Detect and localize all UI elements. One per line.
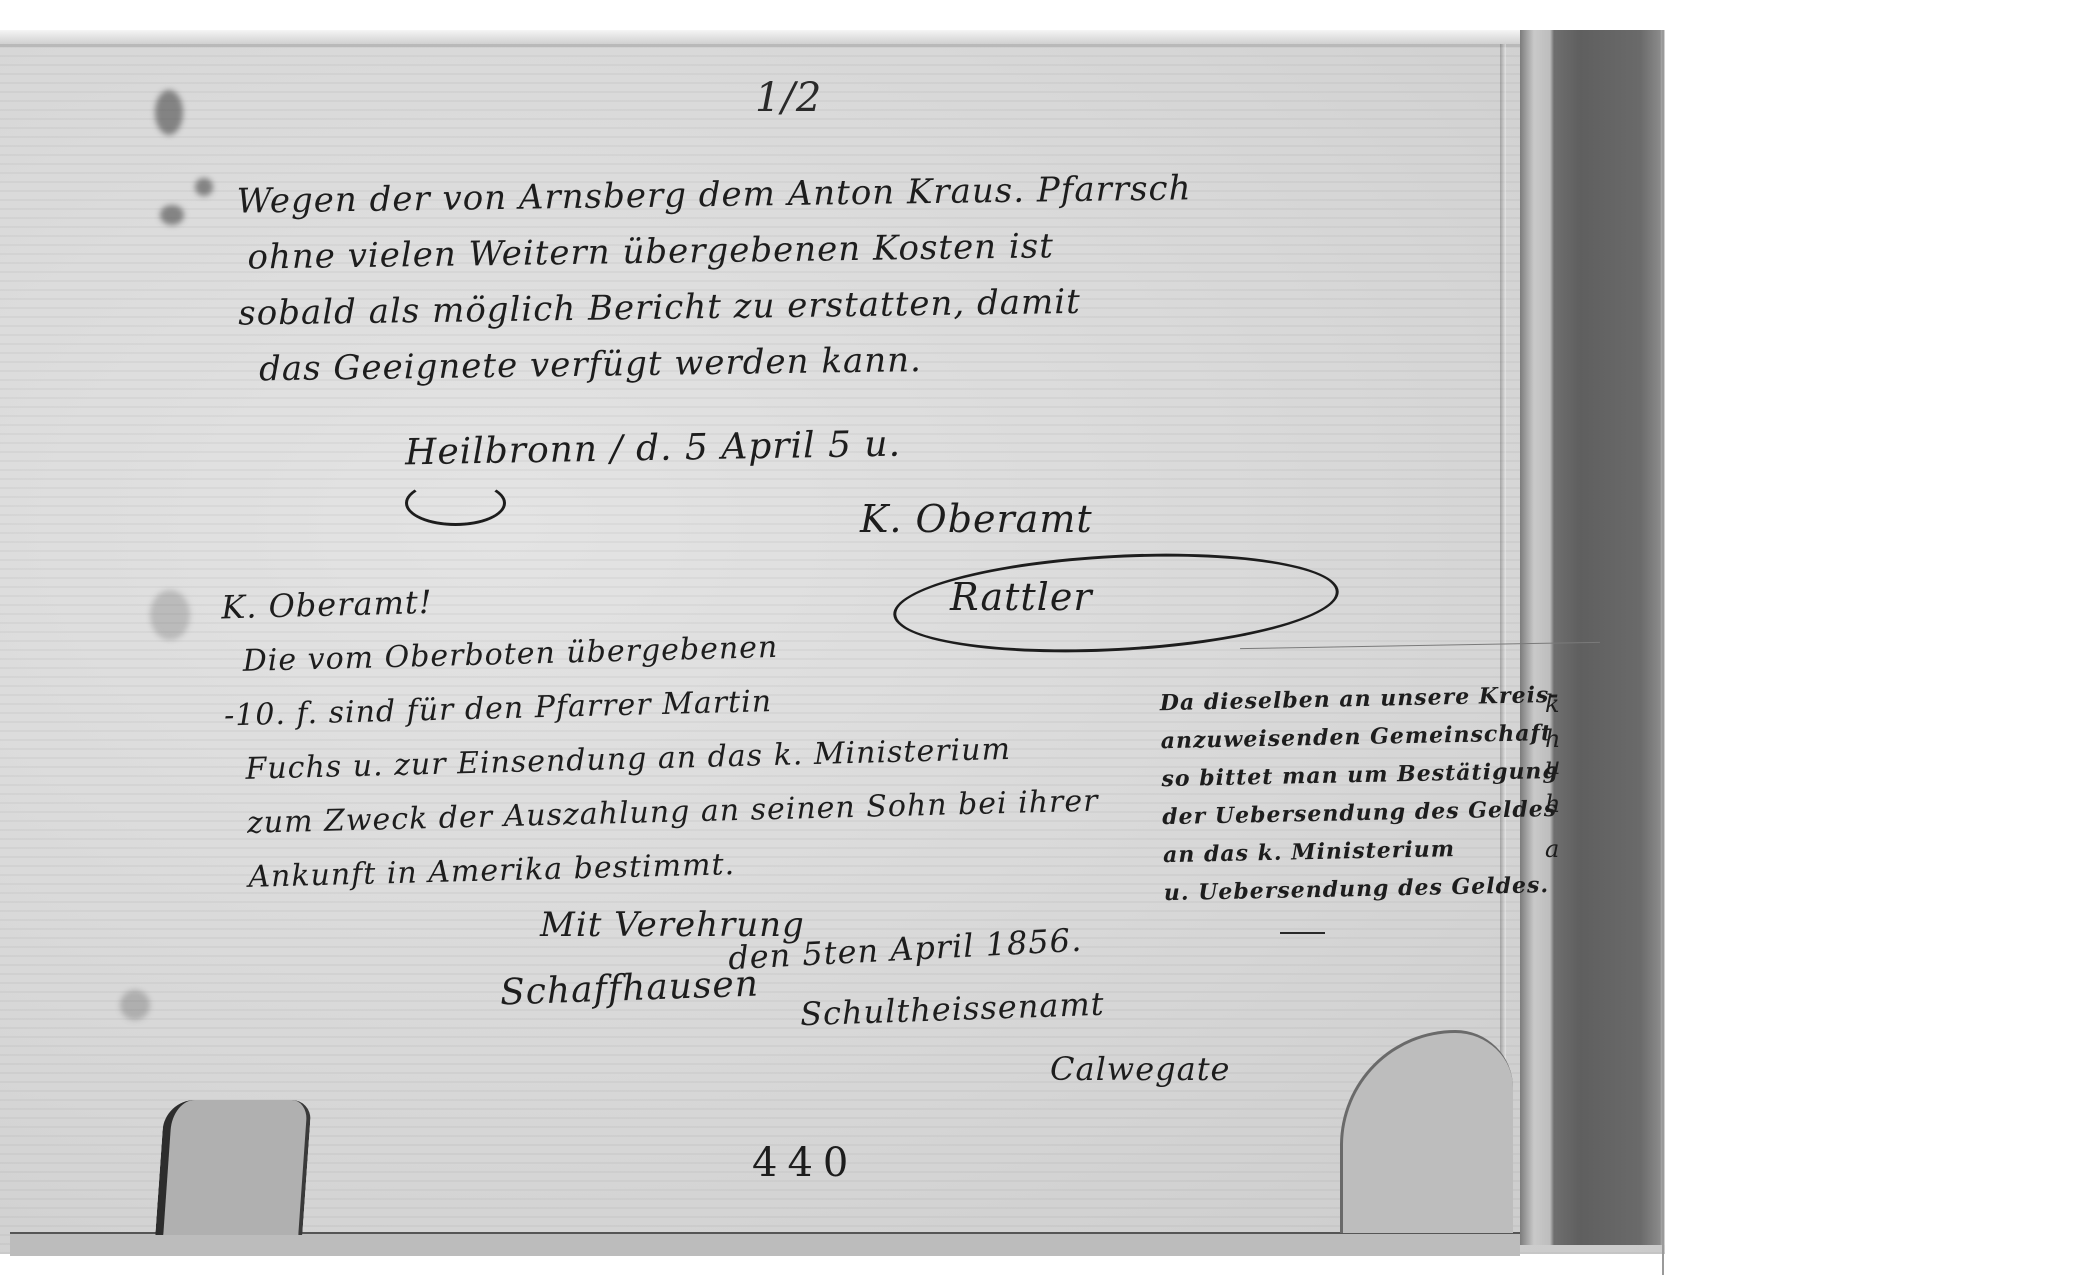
- binding-strip: [1520, 30, 1665, 1245]
- pen-flourish: [405, 480, 506, 526]
- reply-line: zum Zweck der Auszahlung an seinen Sohn …: [247, 787, 1099, 839]
- page-marker: 1/2: [755, 75, 822, 121]
- place-date: Heilbronn / d. 5 April 5 u.: [405, 424, 902, 474]
- margin-note: Da dieselben an unsere Kreis- anzuweisen…: [1160, 684, 1564, 920]
- scan-bottom-edge: [10, 1232, 1520, 1256]
- margin-note-line: so bittet man um Bestätigung: [1161, 760, 1561, 790]
- signature-office: K. Oberamt: [860, 500, 1093, 538]
- ink-stain: [155, 90, 183, 135]
- margin-note-line: der Uebersendung des Geldes: [1162, 798, 1562, 828]
- ink-stain: [160, 205, 184, 225]
- ink-stain: [195, 178, 213, 196]
- margin-letter: h: [1545, 725, 1560, 753]
- scan-top-edge: [0, 30, 1665, 44]
- closing-name: Calwegate: [1050, 1050, 1230, 1088]
- margin-letter: h: [1545, 790, 1560, 818]
- margin-note-line: Da dieselben an unsere Kreis-: [1160, 684, 1560, 714]
- margin-note-line: u. Uebersendung des Geldes.: [1164, 874, 1564, 904]
- main-text-line: das Geeignete verfügt werden kann.: [259, 339, 1194, 386]
- torn-hole-left: [155, 1100, 311, 1235]
- margin-letter: u: [1545, 752, 1560, 780]
- reply-line: -10. f. sind für den Pfarrer Martin: [224, 679, 1096, 732]
- main-text-line: sobald als möglich Bericht zu erstatten,…: [238, 283, 1193, 330]
- closing-dash: [1280, 932, 1325, 934]
- binding-edge: [1662, 30, 1664, 1275]
- document-canvas: 1/2 Wegen der von Arnsberg dem Anton Kra…: [0, 0, 2100, 1275]
- main-text-line: ohne vielen Weitern übergebenen Kosten i…: [247, 227, 1192, 274]
- reply-line: Fuchs u. zur Einsendung an das k. Minist…: [245, 733, 1097, 785]
- main-text: Wegen der von Arnsberg dem Anton Kraus. …: [236, 171, 1194, 408]
- reply-line: Die vom Oberboten übergebenen: [242, 625, 1094, 677]
- margin-letter: a: [1545, 835, 1559, 863]
- margin-note-line: an das k. Ministerium: [1163, 836, 1563, 866]
- folio-number: 440: [752, 1140, 858, 1186]
- reply-text: K. Oberamt! Die vom Oberboten übergebene…: [221, 569, 1101, 918]
- margin-letter: k: [1545, 690, 1560, 718]
- margin-note-line: anzuweisenden Gemeinschaft: [1160, 722, 1560, 752]
- reply-line: Ankunft in Amerika bestimmt.: [248, 841, 1100, 893]
- ink-stain: [150, 590, 190, 640]
- ink-stain: [120, 990, 150, 1020]
